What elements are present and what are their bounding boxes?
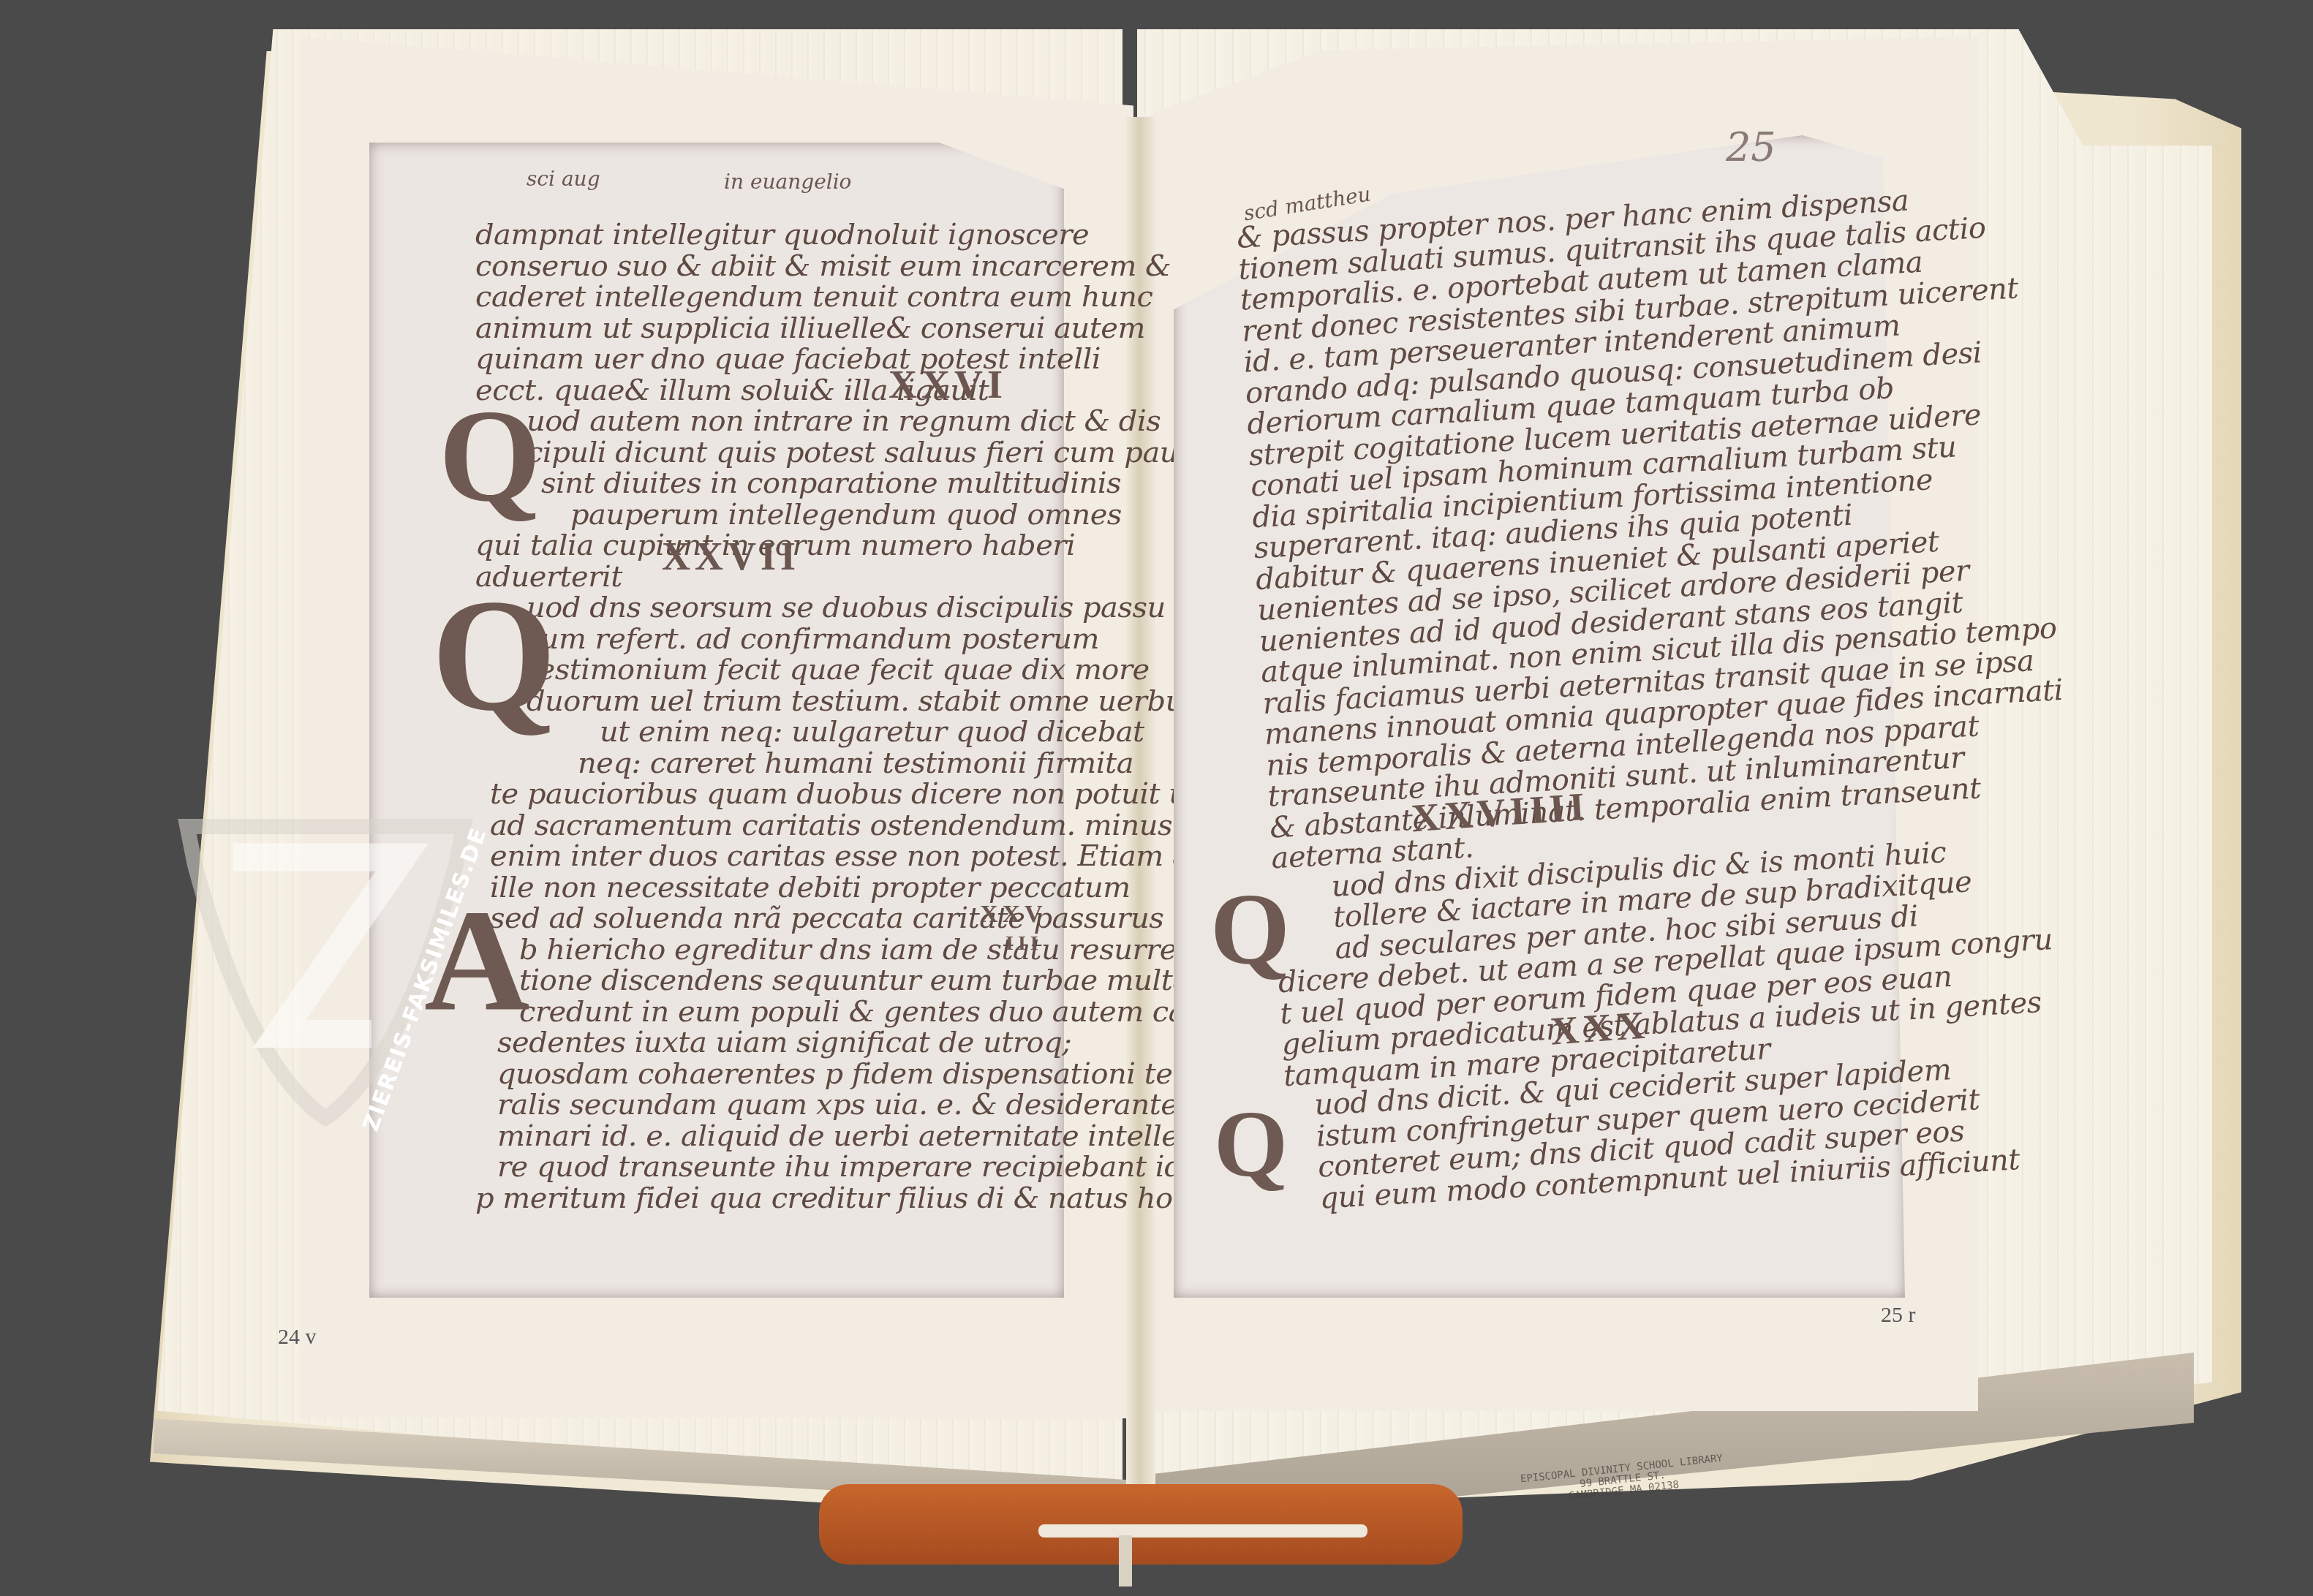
text-line: p meritum fidei qua creditur filius di &… [475,1183,1256,1214]
text-line: conseruo suo & abiit & misit eum incarce… [475,251,1256,282]
text-line: ralis secundam quam xps uia. e. & deside… [475,1089,1256,1121]
text-line: enim inter duos caritas esse non potest.… [475,841,1256,872]
text-line: quosdam cohaerentes p fidem dispensation… [475,1059,1256,1090]
text-line: neq: careret humani testimonii firmita [475,748,1256,779]
text-line: re quod transeunte ihu imperare recipieb… [475,1151,1256,1183]
text-line: cipuli dicunt quis potest saluus fieri c… [475,437,1256,469]
text-line: ut enim neq: uulgaretur quod dicebat [475,716,1256,748]
text-line: pauperum intellegendum quod omnes [475,499,1256,531]
text-line: sint diuites in conparatione multitudini… [475,468,1256,499]
bookmark-ribbon [1119,1535,1132,1586]
decorated-initial-q: Q [1210,870,1290,988]
text-line: aduerterit [475,561,1256,593]
decorated-initial-q: Q [1214,1089,1288,1199]
text-line: qui talia cupiunt in eorum numero haberi [475,530,1256,561]
text-line: dampnat intellegitur quodnoluit ignoscer… [475,219,1256,251]
text-line: b hiericho egreditur dns iam de statu re… [475,934,1256,966]
left-running-header-1: sci aug [527,167,600,191]
folio-label-right: 25 r [1881,1303,1916,1328]
text-line: ille non necessitate debiti propter pecc… [475,872,1256,904]
chapter-numeral: III [1005,932,1043,956]
decorated-initial-q: Q [431,563,556,748]
text-line: sed ad soluenda nrã peccata caritate pas… [475,903,1256,934]
left-text-block: dampnat intellegitur quodnoluit ignoscer… [475,219,1256,1214]
text-line: te paucioribus quam duobus dicere non po… [475,779,1256,810]
text-line: sedentes iuxta uiam significat de utroq; [475,1027,1256,1059]
chapter-numeral: XXVI [888,362,1007,407]
text-line: testimonium fecit quae fecit quae dix mo… [475,654,1256,686]
text-line: minari id. e. aliquid de uerbi aeternita… [475,1121,1256,1152]
chapter-numeral: XXV [980,901,1047,929]
chapter-numeral: XXVII [662,534,800,579]
book-headband [1038,1524,1367,1538]
text-line: quinam uer dno quae faciebat potest inte… [475,344,1256,375]
text-line: credunt in eum populi & gentes duo autem… [475,996,1256,1028]
decorated-initial-q: Q [439,380,541,532]
chapter-numeral: XXX [1549,1002,1650,1054]
text-line: tione discendens sequuntur eum turbae mu… [475,965,1256,996]
manuscript-folio-number: 25 [1726,124,1776,170]
text-line: uod dns seorsum se duobus discipulis pas… [475,592,1256,624]
text-line: ad sacramentum caritatis ostendendum. mi… [475,810,1256,842]
text-line: animum ut supplicia illiuelle& conserui … [475,313,1256,344]
text-line: rum refert. ad confirmandum posterum [475,624,1256,655]
text-line: caderet intellegendum tenuit contra eum … [475,281,1256,313]
folio-label-left: 24 v [278,1325,317,1350]
text-line: uod autem non intrare in regnum dict & d… [475,406,1256,437]
right-text-block: & passus propter nos. per hanc enim disp… [1236,178,2090,1216]
left-running-header-2: in euangelio [724,170,851,194]
text-line: ecct. quae& illum solui& illa ligauit [475,375,1256,406]
text-line: duorum uel trium testium. stabit omne ue… [475,686,1256,717]
